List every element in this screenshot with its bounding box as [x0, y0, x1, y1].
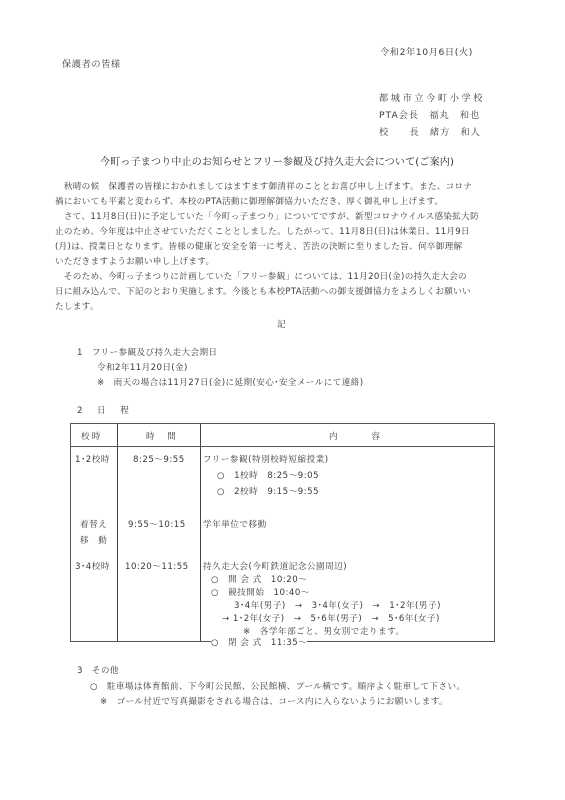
section3-item: ※ ゴール付近で写真撮影をされる場合は、コース内に入らないようにお願いします。 — [100, 695, 448, 707]
table-header-period: 校時 — [81, 430, 102, 442]
document-date: 令和2年10月6日(火) — [380, 44, 473, 58]
body-line: さて、11月8日(日)に予定していた「今町っ子まつり」についてですが、新型コロナ… — [55, 210, 525, 225]
row3-content: 3･4年(男子) → 3･4年(女子) → 1･2年(男子) — [234, 599, 441, 611]
sender-pta-president: PTA会長 福丸 和也 — [379, 107, 480, 121]
row1-period: 1･2校時 — [75, 453, 110, 465]
body-line: (月)は、授業日となります。皆様の健康と安全を第一に考え、苦渋の決断に至りました… — [55, 240, 525, 255]
row1-content: ○ 1校時 8:25～9:05 — [217, 469, 319, 481]
table-divider — [200, 424, 201, 641]
row1-content: フリー参観(特別校時短縮授業) — [203, 453, 329, 465]
row2-content: 学年単位で移動 — [203, 518, 267, 530]
schedule-table: 校時 時 間 内 容 1･2校時 8:25～9:55 フリー参観(特別校時短縮授… — [70, 423, 495, 642]
row3-period: 3･4校時 — [75, 560, 110, 572]
table-header-divider — [71, 446, 494, 447]
section1-note: ※ 雨天の場合は11月27日(金)に延期(安心･安全メールにて連絡) — [97, 376, 363, 388]
page-title: 今町っ子まつり中止のお知らせとフリー参観及び持久走大会について(ご案内) — [100, 153, 454, 168]
row3-content: ○ 競技開始 10:40～ — [211, 586, 310, 598]
row2-time: 9:55～10:15 — [128, 518, 186, 530]
section3-heading: 3 その他 — [77, 664, 119, 676]
row1-content: ○ 2校時 9:15～9:55 — [217, 485, 319, 497]
row2-period: 着替え — [80, 518, 107, 530]
table-header-content: 内 容 — [329, 430, 382, 442]
sender-school: 都城市立今町小学校 — [379, 90, 485, 104]
section1-date: 令和2年11月20日(金) — [97, 361, 188, 373]
sender-principal: 校 長 緒方 和人 — [379, 124, 481, 138]
row3-content: 持久走大会(今町鉄道記念公園周辺) — [203, 560, 347, 572]
body-line: 秋晴の候 保護者の皆様におかれましてはますます御清祥のこととお喜び申し上げます。… — [55, 180, 525, 195]
table-divider — [117, 424, 118, 641]
section2-heading: 2 日 程 — [77, 404, 132, 416]
row3-content: → 1･2年(女子) → 5･6年(男子) → 5･6年(女子) — [222, 612, 440, 624]
section3-item: ○ 駐車場は体育館前、下今町公民館、公民館横、プール横です。順序よく駐車して下さ… — [90, 680, 466, 692]
body-line: 禍においても平素と変わらず、本校のPTA活動に御理解御協力いただき、厚く御礼申し… — [55, 195, 525, 210]
section1-heading: 1 フリー参観及び持久走大会期日 — [77, 346, 217, 358]
body-line: 日に組み込んで、下記のとおり実施します。今後とも本校PTA活動への御支援御協力を… — [55, 285, 525, 300]
body-line: いただきますようお願い申し上げます。 — [55, 255, 525, 270]
table-header-time: 時 間 — [146, 430, 178, 442]
row3-content: ○ 閉 会 式 11:35～ — [211, 636, 307, 648]
row1-time: 8:25～9:55 — [133, 453, 185, 465]
recipient: 保護者の皆様 — [62, 56, 121, 70]
body-line: そのため、今町っ子まつりに計画していた「フリー参観」については、11月20日(金… — [55, 270, 525, 285]
ki-marker: 記 — [277, 318, 286, 330]
row3-time: 10:20～11:55 — [125, 560, 189, 572]
row2-period2: 移 動 — [80, 534, 107, 546]
body-text: 秋晴の候 保護者の皆様におかれましてはますます御清祥のこととお喜び申し上げます。… — [55, 180, 525, 315]
body-line: 止のため、今年度は中止させていただくこととしました。したがって、11月8日(日)… — [55, 225, 525, 240]
row3-content: ○ 開 会 式 10:20～ — [211, 573, 307, 585]
body-line: たします。 — [55, 300, 525, 315]
